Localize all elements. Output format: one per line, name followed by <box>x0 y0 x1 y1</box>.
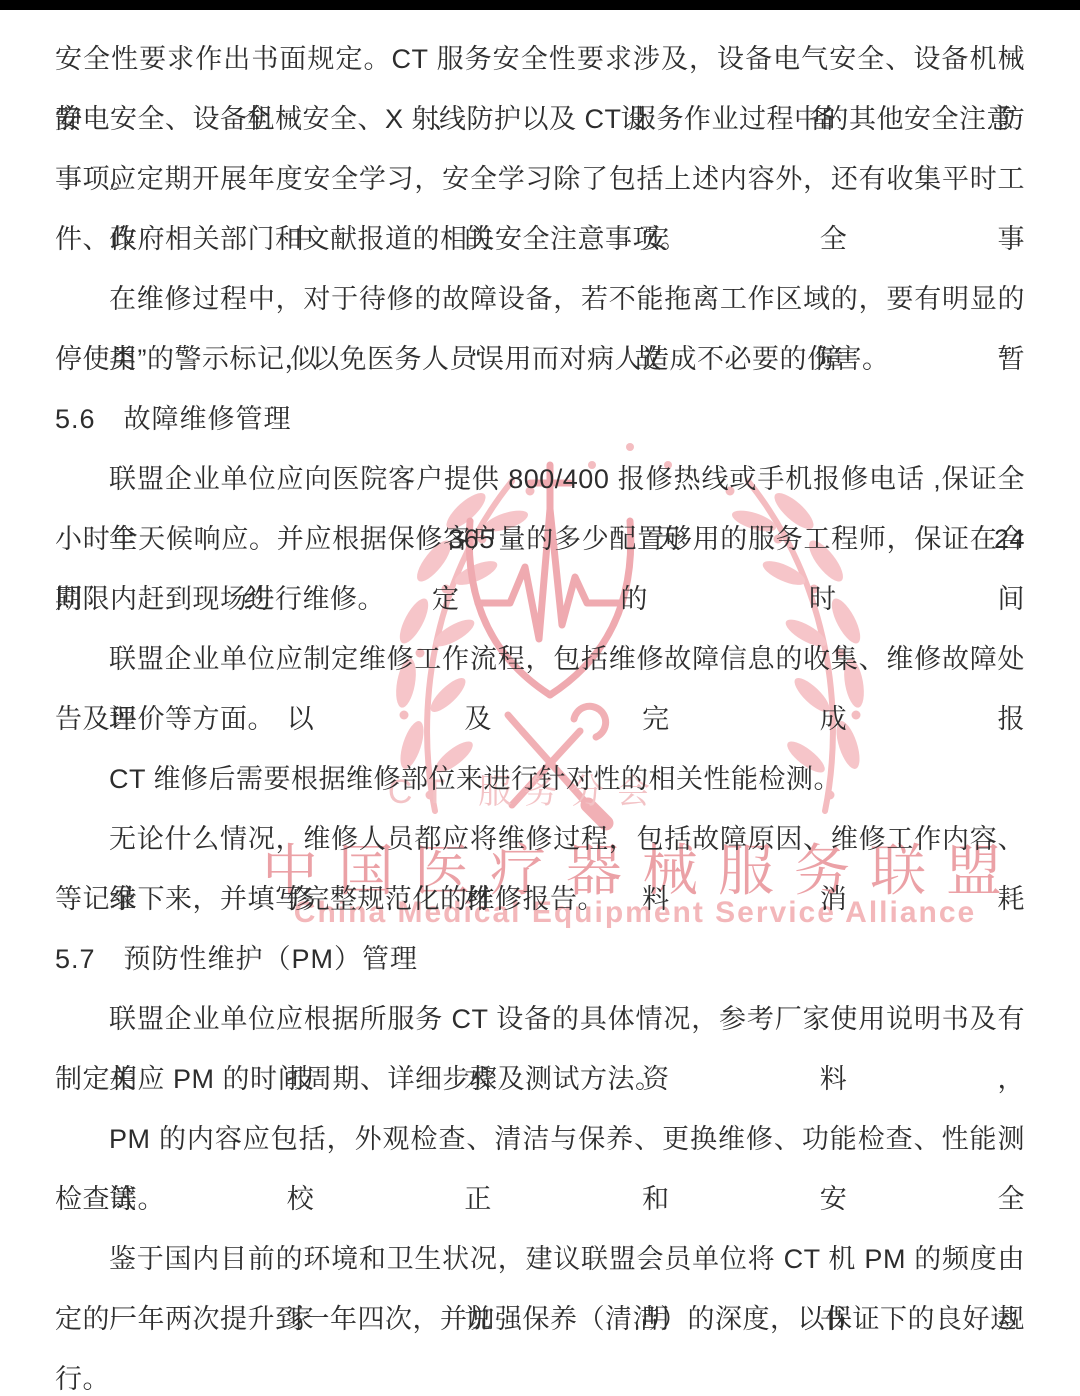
text-line: PM 的内容应包括，外观检查、清洁与保养、更换维修、功能检查、性能测试校正和安全 <box>55 1109 1025 1169</box>
document-page: CT 服务分会 中国医疗器械服务联盟 China Medical Equipme… <box>0 0 1080 1396</box>
section-heading: 5.6 故障维修管理 <box>55 389 1025 449</box>
section-heading: 5.7 预防性维护（PM）管理 <box>55 929 1025 989</box>
text-line: CT 维修后需要根据维修部位来进行针对性的相关性能检测。 <box>55 749 1025 809</box>
text-line: 在维修过程中，对于待修的故障设备，若不能拖离工作区域的，要有明显的类似“故障暂 <box>55 269 1025 329</box>
text-line: 静电安全、设备机械安全、X 射线防护以及 CT 服务作业过程中的其他安全注意事项… <box>55 89 1025 149</box>
text-line: 联盟企业单位应制定维修工作流程，包括维修故障信息的收集、维修故障处理以及完成报 <box>55 629 1025 689</box>
document-body: 安全性要求作出书面规定。CT 服务安全性要求涉及，设备电气安全、设备机械安全、设… <box>55 29 1025 1349</box>
text-line: 定的一年两次提升到一年四次，并加强保养（清洁）的深度，以保证下的良好运行。 <box>55 1289 1025 1349</box>
text-line: 无论什么情况，维修人员都应将维修过程，包括故障原因、维修工作内容、维修材料消耗 <box>55 809 1025 869</box>
text-line: 鉴于国内目前的环境和卫生状况，建议联盟会员单位将 CT 机 PM 的频度由厂家说… <box>55 1229 1025 1289</box>
text-line: 小时全天候响应。并应根据保修客户量的多少配置够用的服务工程师，保证在合同约定的时… <box>55 509 1025 569</box>
top-black-bar <box>0 0 1080 10</box>
text-line: 联盟企业单位应向医院客户提供 800/400 报修热线或手机报修电话 ,保证全年… <box>55 449 1025 509</box>
text-line: 安全性要求作出书面规定。CT 服务安全性要求涉及，设备电气安全、设备机械安全、设… <box>55 29 1025 89</box>
text-line: 应定期开展年度安全学习，安全学习除了包括上述内容外，还有收集平时工作中的安全事 <box>55 149 1025 209</box>
text-line: 停使用”的警示标记，以免医务人员误用而对病人造成不必要的伤害。 <box>55 329 1025 389</box>
text-line: 联盟企业单位应根据所服务 CT 设备的具体情况，参考厂家使用说明书及有关技术资料… <box>55 989 1025 1049</box>
